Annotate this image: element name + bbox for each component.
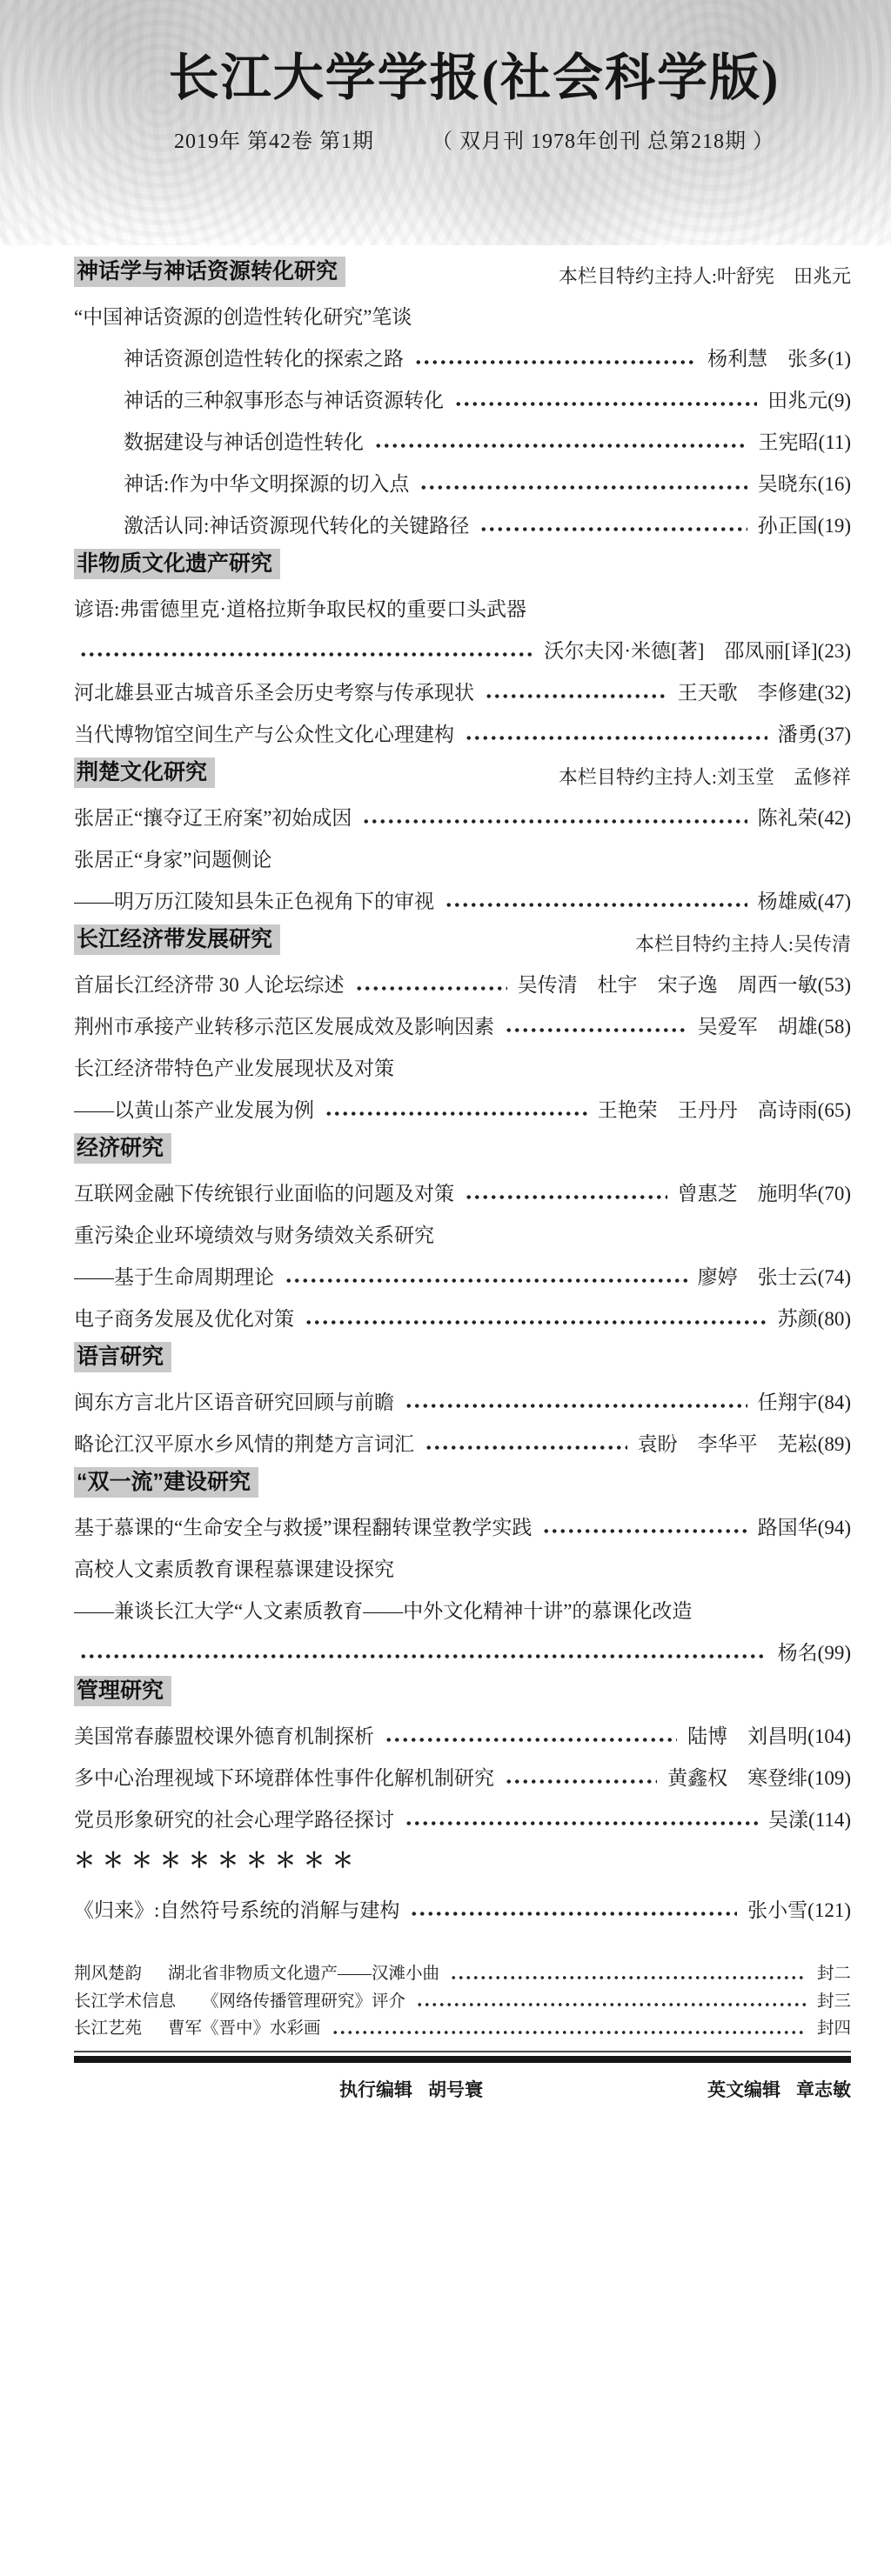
section-title: 神话学与神话资源转化研究 (74, 257, 345, 287)
backmatter-cover-ref: 封三 (817, 1992, 851, 2012)
issue-line: 2019年 第42卷 第1期 （ 双月刊 1978年创刊 总第218期 ） (57, 123, 891, 154)
backmatter-row: 长江学术信息《网络传播管理研究》评介封三 (74, 1985, 851, 2012)
entry-title: 激活认同:神话资源现代转化的关键路径 (124, 515, 469, 537)
toc-entry-row: 神话:作为中华文明探源的切入点吴晓东(16) (74, 454, 851, 496)
entry-title: 重污染企业环境绩效与财务绩效关系研究 (74, 1225, 434, 1247)
thin-rule (74, 2051, 851, 2052)
dot-leader (332, 2031, 807, 2034)
entry-title: 多中心治理视域下环境群体性事件化解机制研究 (74, 1767, 494, 1790)
toc-entry-row: 党员形象研究的社会心理学路径探讨吴漾(114) (74, 1790, 851, 1832)
executive-editor-label: 执行编辑 (339, 2076, 412, 2102)
table-of-contents: 神话学与神话资源转化研究本栏目特约主持人:叶舒宪 田兆元“中国神话资源的创造性转… (0, 245, 891, 1922)
toc-title-row: ——兼谈长江大学“人文素质教育——中外文化精神十讲”的慕课化改造 (74, 1581, 851, 1623)
toc-entry-row: 美国常春藤盟校课外德育机制探析陆博 刘昌明(104) (74, 1706, 851, 1748)
section-header-row: 管理研究 (74, 1665, 851, 1706)
entry-title: 闽东方言北片区语音研究回顾与前瞻 (74, 1391, 394, 1414)
entry-authors-page: 沃尔夫冈·米德[著] 邵凤丽[译](23) (544, 640, 851, 663)
section-title: 荆楚文化研究 (74, 757, 215, 788)
section-host: 本栏目特约主持人:叶舒宪 田兆元 (559, 265, 851, 287)
backmatter-row: 荆风楚韵湖北省非物质文化遗产——汉滩小曲封二 (74, 1957, 851, 1985)
backmatter-title: 湖北省非物质文化遗产——汉滩小曲 (168, 1965, 439, 1984)
dot-leader (425, 1445, 627, 1450)
executive-editor: 执行编辑 胡号寰 (339, 2076, 483, 2102)
entry-authors-page: 廖婷 张士云(74) (698, 1266, 851, 1289)
section-host: 本栏目特约主持人:吴传清 (635, 933, 851, 955)
entry-title: 谚语:弗雷德里克·道格拉斯争取民权的重要口头武器 (74, 598, 526, 621)
dot-leader (445, 903, 747, 907)
dot-leader (410, 1912, 737, 1916)
masthead-content: 长江大学学报(社会科学版) 2019年 第42卷 第1期 （ 双月刊 1978年… (0, 0, 891, 154)
entry-authors-page: 路国华(94) (758, 1517, 851, 1539)
dot-leader (362, 819, 747, 824)
entry-title: “中国神话资源的创造性转化研究”笔谈 (74, 306, 412, 329)
section-title: “双一流”建设研究 (74, 1467, 258, 1498)
entry-title: 略论江汉平原水乡风情的荆楚方言词汇 (74, 1433, 414, 1456)
dot-leader (405, 1821, 758, 1825)
backmatter-row: 长江艺苑曹军《晋中》水彩画封四 (74, 2012, 851, 2039)
entry-authors-page: 苏颜(80) (778, 1308, 851, 1331)
section-title: 非物质文化遗产研究 (74, 549, 280, 579)
backmatter-column-label: 长江学术信息 (74, 1992, 176, 2012)
entry-title: 首届长江经济带 30 人论坛综述 (74, 974, 345, 997)
backmatter-title: 《网络传播管理研究》评介 (202, 1992, 405, 2012)
editors-row: 执行编辑 胡号寰 英文编辑 章志敏 (0, 2063, 891, 2102)
entry-authors-page: 袁盼 李华平 芜崧(89) (638, 1433, 851, 1456)
entry-authors-page: 王宪昭(11) (759, 431, 851, 454)
entry-title: ——以黄山茶产业发展为例 (74, 1099, 314, 1122)
entry-title: ——基于生命周期理论 (74, 1266, 274, 1289)
backmatter-list: 荆风楚韵湖北省非物质文化遗产——汉滩小曲封二长江学术信息《网络传播管理研究》评介… (0, 1957, 891, 2039)
dot-leader (79, 652, 533, 657)
dot-leader (419, 485, 747, 490)
entry-title: 荆州市承接产业转移示范区发展成效及影响因素 (74, 1016, 494, 1038)
toc-entry-row: 首届长江经济带 30 人论坛综述吴传清 杜宇 宋子逸 周西一敏(53) (74, 955, 851, 997)
backmatter-cover-ref: 封四 (817, 2019, 851, 2039)
double-rule (74, 2051, 851, 2063)
entry-authors-page: 任翔宇(84) (758, 1391, 851, 1414)
dot-leader (325, 1111, 587, 1116)
dot-leader (305, 1320, 767, 1325)
english-editor-label: 英文编辑 (707, 2076, 780, 2102)
dot-leader (416, 2003, 807, 2006)
dot-leader (79, 1654, 767, 1658)
section-title: 经济研究 (74, 1133, 171, 1164)
entry-title: ——明万历江陵知县朱正色视角下的审视 (74, 891, 434, 913)
entry-title: 长江经济带特色产业发展现状及对策 (74, 1058, 394, 1080)
dot-leader (505, 1028, 687, 1032)
entry-title: 张居正“身家”问题侧论 (74, 849, 271, 871)
toc-title-row: 谚语:弗雷德里克·道格拉斯争取民权的重要口头武器 (74, 579, 851, 621)
entry-authors-page: 吴爱军 胡雄(58) (698, 1016, 851, 1038)
toc-entry-row: 神话的三种叙事形态与神话资源转化田兆元(9) (74, 370, 851, 412)
executive-editor-name: 胡号寰 (428, 2076, 483, 2102)
journal-masthead: 长江大学学报(社会科学版) 2019年 第42卷 第1期 （ 双月刊 1978年… (0, 0, 891, 245)
entry-authors-page: 杨利慧 张多(1) (707, 348, 851, 370)
dot-leader (465, 736, 767, 740)
dot-leader (542, 1529, 747, 1533)
section-header-row: 长江经济带发展研究本栏目特约主持人:吴传清 (74, 913, 851, 955)
entry-authors-page: 陈礼荣(42) (758, 807, 851, 830)
dot-leader (485, 694, 667, 698)
entry-title: 党员形象研究的社会心理学路径探讨 (74, 1809, 394, 1832)
stars-separator-row: ＊＊＊＊＊＊＊＊＊＊ (74, 1832, 851, 1880)
entry-authors-page: 黄鑫权 寒登绯(109) (667, 1767, 851, 1790)
dot-leader (285, 1278, 687, 1283)
entry-title: 电子商务发展及优化对策 (74, 1308, 294, 1331)
entry-title: 美国常春藤盟校课外德育机制探析 (74, 1725, 374, 1748)
entry-title: 基于慕课的“生命安全与救援”课程翻转课堂教学实践 (74, 1517, 532, 1539)
toc-entry-row: ——明万历江陵知县朱正色视角下的审视杨雄威(47) (74, 871, 851, 913)
backmatter-column-label: 长江艺苑 (74, 2019, 142, 2039)
entry-title: 神话资源创造性转化的探索之路 (124, 348, 404, 370)
entry-authors-page: 吴晓东(16) (758, 473, 851, 496)
backmatter-cover-ref: 封二 (817, 1965, 851, 1984)
backmatter-column-label: 荆风楚韵 (74, 1965, 142, 1984)
section-title: 语言研究 (74, 1342, 171, 1372)
toc-entry-row: 神话资源创造性转化的探索之路杨利慧 张多(1) (74, 329, 851, 370)
journal-title: 长江大学学报(社会科学版) (57, 37, 891, 110)
section-host: 本栏目特约主持人:刘玉堂 孟修祥 (559, 766, 851, 788)
entry-title: 河北雄县亚古城音乐圣会历史考察与传承现状 (74, 682, 474, 704)
entry-authors-page: 王艳荣 王丹丹 高诗雨(65) (598, 1099, 851, 1122)
toc-entry-row: 闽东方言北片区语音研究回顾与前瞻任翔宇(84) (74, 1372, 851, 1414)
section-header-row: “双一流”建设研究 (74, 1456, 851, 1498)
entry-title: 数据建设与神话创造性转化 (124, 431, 364, 454)
dot-leader (450, 1976, 807, 1979)
backmatter-title: 曹军《晋中》水彩画 (168, 2019, 321, 2039)
toc-entry-row: ——以黄山茶产业发展为例王艳荣 王丹丹 高诗雨(65) (74, 1080, 851, 1122)
issue-volume-info: 2019年 第42卷 第1期 (174, 123, 374, 154)
issue-frequency-info: （ 双月刊 1978年创刊 总第218期 ） (432, 123, 774, 154)
dot-leader (374, 444, 748, 448)
entry-authors-page: 孙正国(19) (758, 515, 851, 537)
toc-title-row: 重污染企业环境绩效与财务绩效关系研究 (74, 1205, 851, 1247)
entry-title: 神话:作为中华文明探源的切入点 (124, 473, 409, 496)
toc-entry-row: 数据建设与神话创造性转化王宪昭(11) (74, 412, 851, 454)
dot-leader (385, 1738, 677, 1742)
toc-entry-row: 略论江汉平原水乡风情的荆楚方言词汇袁盼 李华平 芜崧(89) (74, 1414, 851, 1456)
entry-authors-page: 王天歌 李修建(32) (678, 682, 851, 704)
entry-title: 张居正“攘夺辽王府案”初始成因 (74, 807, 352, 830)
entry-title: 互联网金融下传统银行业面临的问题及对策 (74, 1183, 454, 1205)
entry-title: ——兼谈长江大学“人文素质教育——中外文化精神十讲”的慕课化改造 (74, 1600, 692, 1623)
thick-rule (74, 2056, 851, 2063)
entry-authors-page: 曾惠芝 施明华(70) (678, 1183, 851, 1205)
section-header-row: 非物质文化遗产研究 (74, 537, 851, 579)
entry-authors-page: 杨雄威(47) (758, 891, 851, 913)
entry-authors-page: 田兆元(9) (767, 390, 851, 412)
section-title: 长江经济带发展研究 (74, 924, 280, 955)
toc-title-row: “中国神话资源的创造性转化研究”笔谈 (74, 287, 851, 329)
section-header-row: 神话学与神话资源转化研究本栏目特约主持人:叶舒宪 田兆元 (74, 245, 851, 287)
toc-entry-row: 当代博物馆空间生产与公众性文化心理建构潘勇(37) (74, 704, 851, 746)
english-editor-name: 章志敏 (796, 2076, 851, 2102)
entry-authors-page: 张小雪(121) (747, 1899, 851, 1922)
toc-entry-row: 荆州市承接产业转移示范区发展成效及影响因素吴爱军 胡雄(58) (74, 997, 851, 1038)
entry-title: 神话的三种叙事形态与神话资源转化 (124, 390, 444, 412)
dot-leader (454, 402, 757, 406)
english-editor: 英文编辑 章志敏 (707, 2076, 851, 2102)
entry-title: 《归来》:自然符号系统的消解与建构 (74, 1899, 399, 1922)
entry-authors-page: 陆博 刘昌明(104) (687, 1725, 851, 1748)
dot-leader (414, 360, 697, 364)
toc-entry-row: 河北雄县亚古城音乐圣会历史考察与传承现状王天歌 李修建(32) (74, 663, 851, 704)
toc-title-row: 长江经济带特色产业发展现状及对策 (74, 1038, 851, 1080)
dot-leader (465, 1195, 667, 1199)
entry-title: 当代博物馆空间生产与公众性文化心理建构 (74, 724, 454, 746)
entry-authors-page: 吴传清 杜宇 宋子逸 周西一敏(53) (518, 974, 851, 997)
section-title: 管理研究 (74, 1676, 171, 1706)
dot-leader (505, 1779, 657, 1784)
toc-entry-row: 《归来》:自然符号系统的消解与建构张小雪(121) (74, 1880, 851, 1922)
section-header-row: 经济研究 (74, 1122, 851, 1164)
entry-authors-page: 杨名(99) (778, 1642, 851, 1665)
toc-entry-row: 激活认同:神话资源现代转化的关键路径孙正国(19) (74, 496, 851, 537)
entry-authors-page: 潘勇(37) (778, 724, 851, 746)
toc-entry-row: 互联网金融下传统银行业面临的问题及对策曾惠芝 施明华(70) (74, 1164, 851, 1205)
toc-entry-row: 电子商务发展及优化对策苏颜(80) (74, 1289, 851, 1331)
toc-entry-row: 基于慕课的“生命安全与救援”课程翻转课堂教学实践路国华(94) (74, 1498, 851, 1539)
toc-leader-row: 杨名(99) (74, 1623, 851, 1665)
toc-title-row: 高校人文素质教育课程慕课建设探究 (74, 1539, 851, 1581)
toc-entry-row: 张居正“攘夺辽王府案”初始成因陈礼荣(42) (74, 788, 851, 830)
section-header-row: 语言研究 (74, 1331, 851, 1372)
entry-title: 高校人文素质教育课程慕课建设探究 (74, 1558, 394, 1581)
toc-entry-row: ——基于生命周期理论廖婷 张士云(74) (74, 1247, 851, 1289)
toc-title-row: 张居正“身家”问题侧论 (74, 830, 851, 871)
toc-entry-row: 多中心治理视域下环境群体性事件化解机制研究黄鑫权 寒登绯(109) (74, 1748, 851, 1790)
stars-text: ＊＊＊＊＊＊＊＊＊＊ (74, 1849, 361, 1873)
dot-leader (479, 527, 747, 531)
entry-authors-page: 吴漾(114) (768, 1809, 851, 1832)
section-header-row: 荆楚文化研究本栏目特约主持人:刘玉堂 孟修祥 (74, 746, 851, 788)
dot-leader (405, 1404, 747, 1408)
dot-leader (355, 986, 507, 991)
toc-leader-row: 沃尔夫冈·米德[著] 邵凤丽[译](23) (74, 621, 851, 663)
